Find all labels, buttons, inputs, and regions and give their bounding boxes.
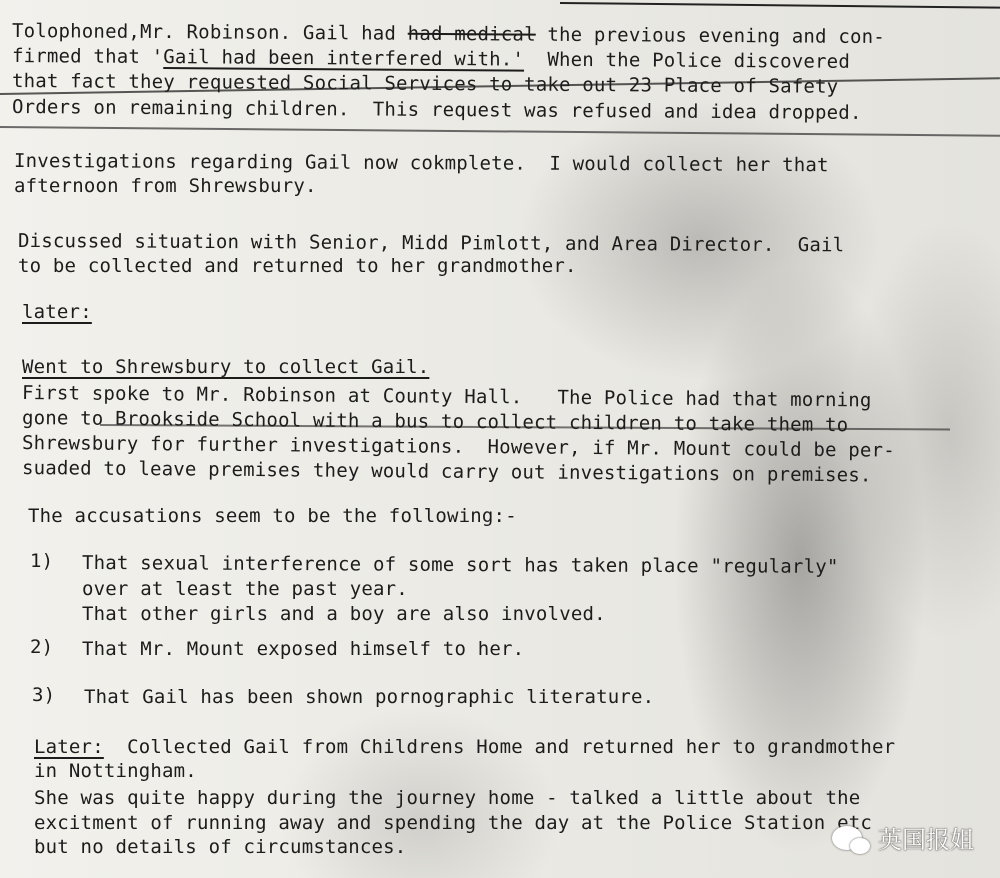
p4-line2: gone to Brookside School with a bus to c… [22,407,849,436]
p5-line5: but no details of circumstances. [34,836,406,858]
p1-line4: Orders on remaining children. This reque… [12,96,862,124]
p5-line2: in Nottingham. [34,760,197,782]
p2-line2: afternoon from Shrewsbury. [14,175,317,197]
accusation-2-line1: That Mr. Mount exposed himself to her. [82,638,524,660]
p3-line2: to be collected and returned to her gran… [18,255,577,277]
p2-line1: Investigations regarding Gail now cokmpl… [14,150,829,176]
p1-line2: firmed that 'Gail had been interfered wi… [12,45,850,73]
text: firmed that ' [12,45,163,68]
p5-line4: excitment of running away and spending t… [34,812,872,834]
document-page: Tolophoned,Mr. Robinson. Gail had had me… [0,0,1000,878]
accusation-1-num: 1) [30,550,53,572]
accusation-1-line2: over at least the past year. [82,578,408,600]
text: When the Police discovered [524,49,850,73]
p5-line1: Later: Collected Gail from Childrens Hom… [34,736,895,758]
watermark: 英国报姐 [832,820,974,855]
underlined-quote: Gail had been interfered with.' [163,46,524,71]
p4-heading: Went to Shrewsbury to collect Gail. [22,356,429,378]
p4-line4: suaded to leave premises they would carr… [22,457,872,486]
p1-line1: Tolophoned,Mr. Robinson. Gail had had me… [12,20,885,48]
wechat-icon [832,826,862,850]
struck-text: had medical [408,23,536,46]
accusations-intro: The accusations seem to be the following… [28,505,517,527]
p5-line3: She was quite happy during the journey h… [34,787,860,809]
p1-rule-b [0,126,1000,137]
p1-line3: that fact they requested Social Services… [12,70,839,98]
accusation-3-num: 3) [32,684,55,706]
later-label: Later: [34,736,104,758]
text: Collected Gail from Childrens Home and r… [104,736,895,758]
later-heading: later: [22,301,92,323]
watermark-text: 英国报姐 [878,820,974,855]
top-rule [560,2,1000,9]
accusation-1-line3: That other girls and a boy are also invo… [82,603,606,625]
p3-line1: Discussed situation with Senior, Midd Pi… [18,230,844,256]
accusation-1-line1: That sexual interference of some sort ha… [82,552,839,578]
text: the previous evening and con- [536,24,885,48]
p4-line1: First spoke to Mr. Robinson at County Ha… [22,382,872,411]
accusation-2-num: 2) [30,636,53,658]
text: Tolophoned,Mr. Robinson. Gail had [12,20,408,45]
accusation-3-line1: That Gail has been shown pornographic li… [84,686,654,708]
